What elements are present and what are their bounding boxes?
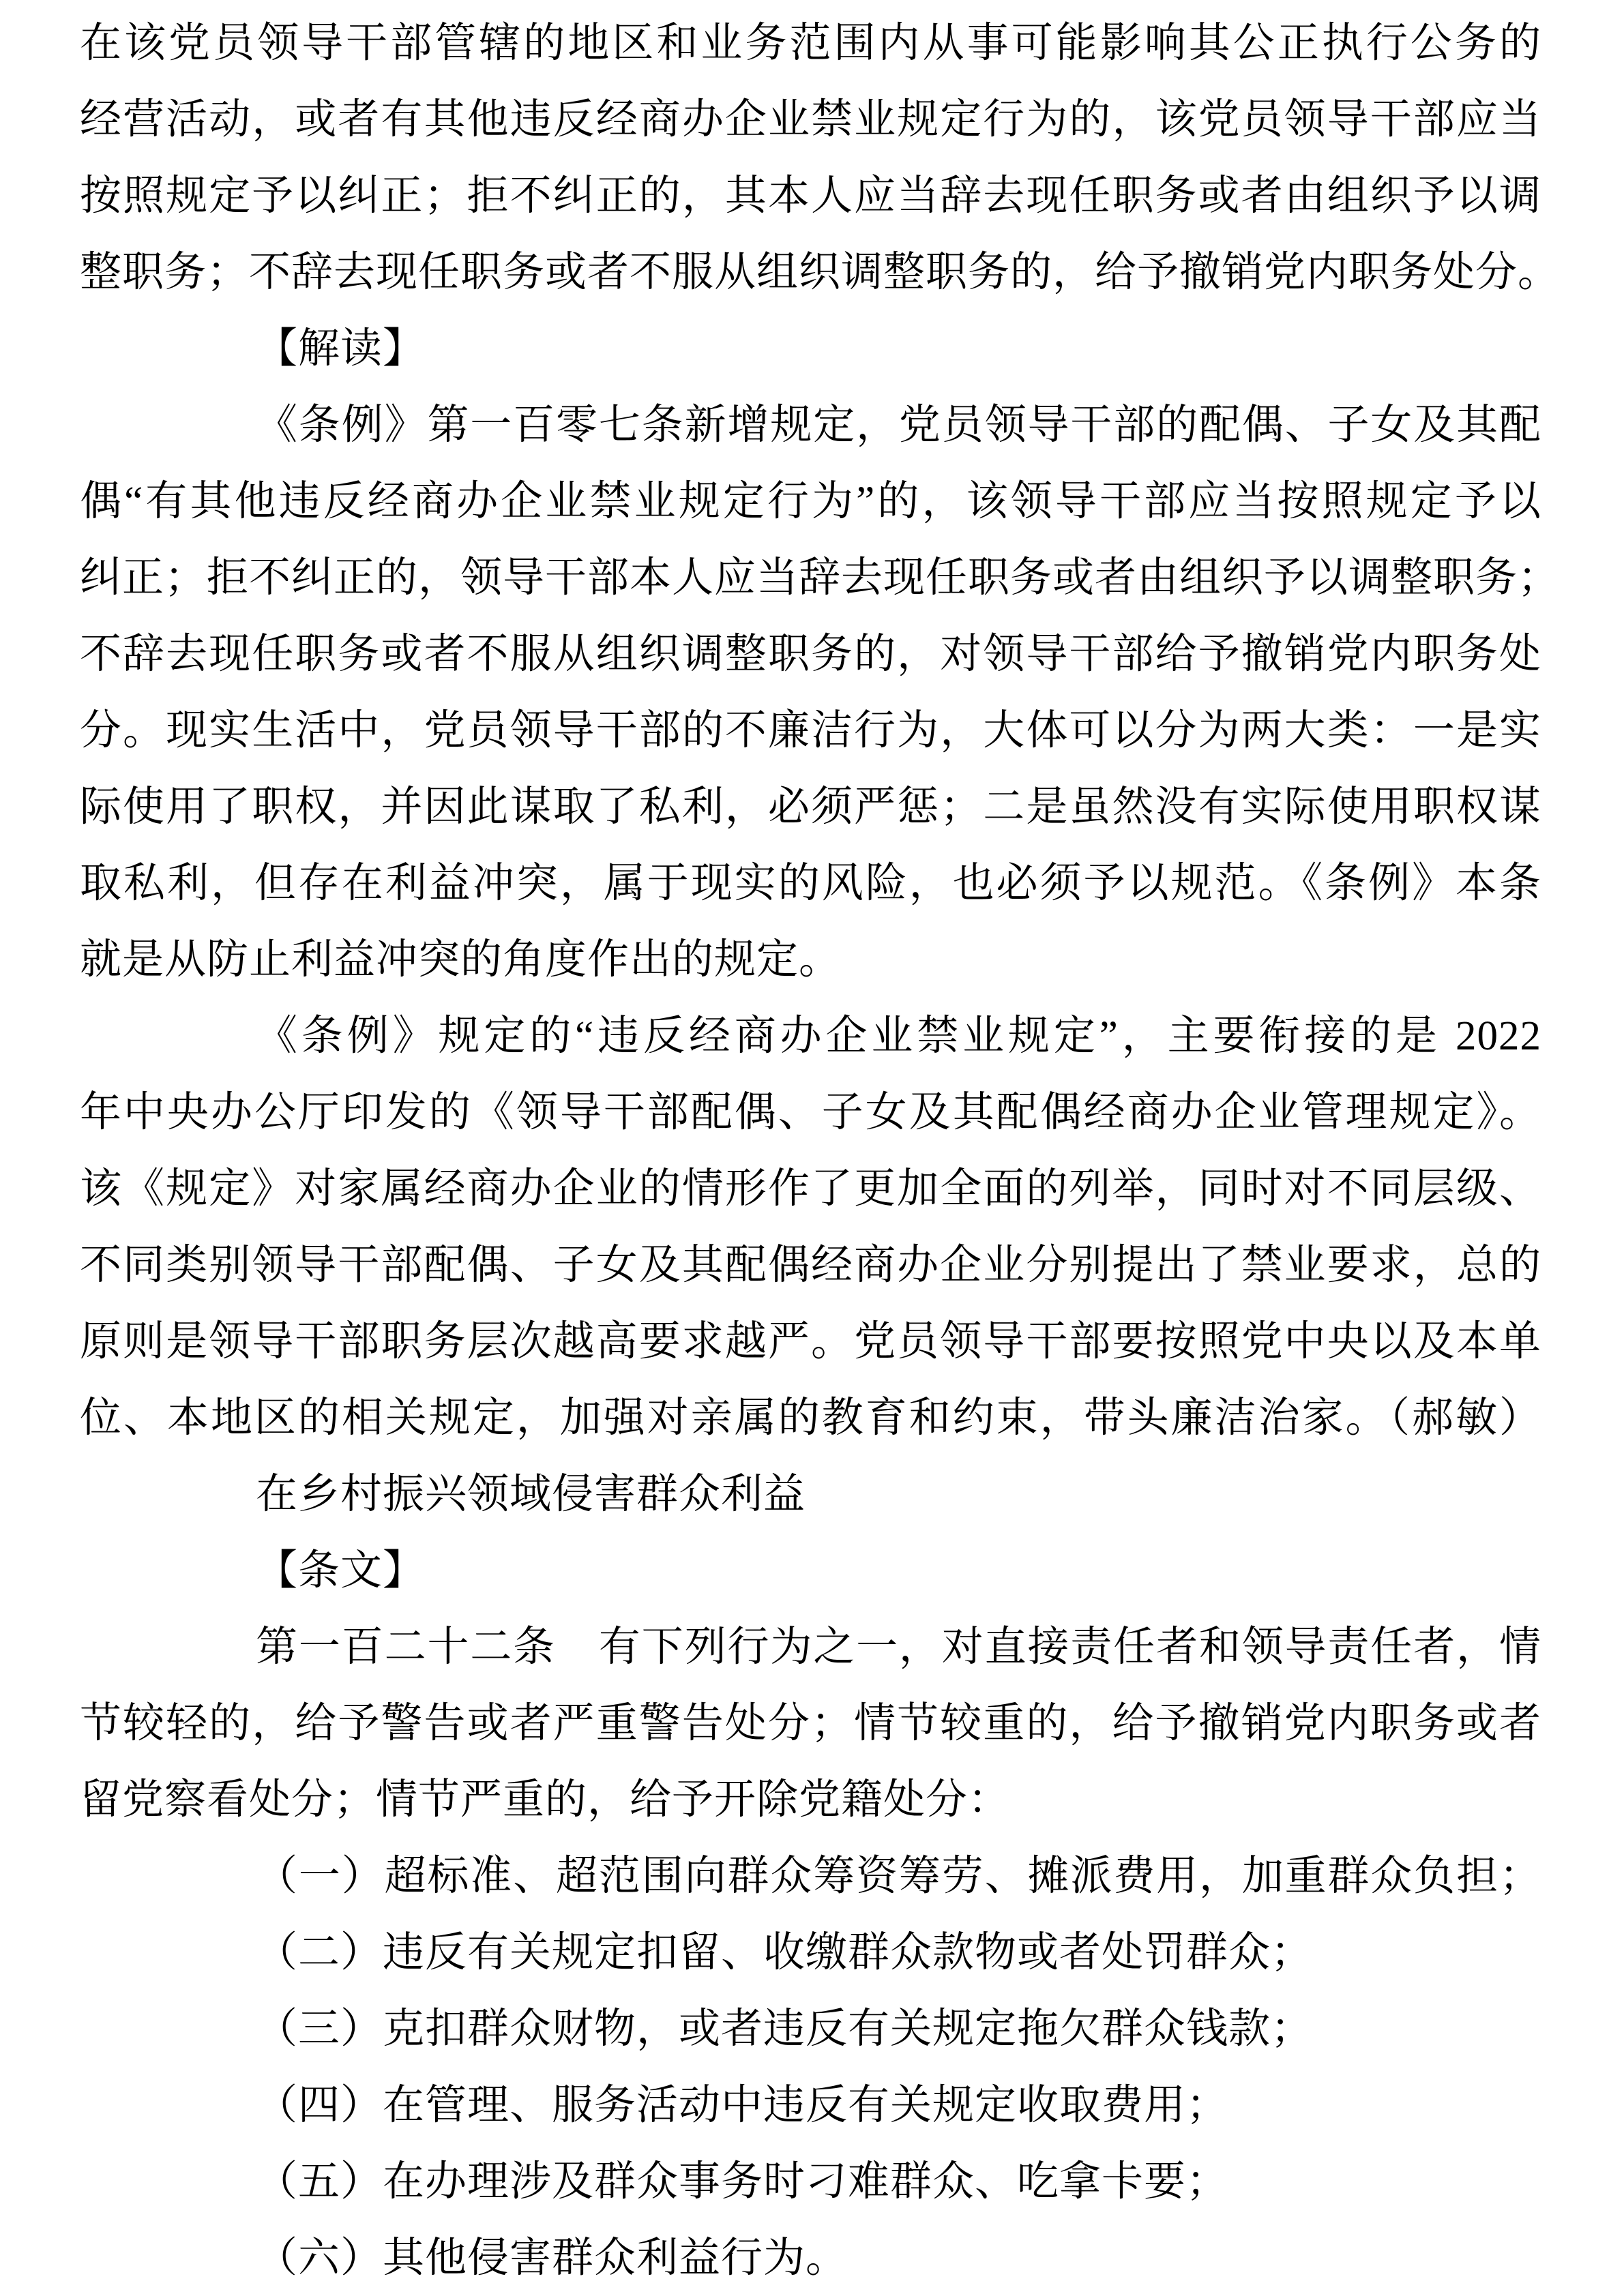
text-line: 节较轻的，给予警告或者严重警告处分；情节较重的，给予撤销党内职务或者 (80, 1686, 1541, 1762)
text-line: 【条文】 (80, 1533, 1541, 1609)
text-line: （五）在办理涉及群众事务时刁难群众、吃拿卡要； (80, 2144, 1541, 2220)
text-line: （三）克扣群众财物，或者违反有关规定拖欠群众钱款； (80, 1991, 1541, 2068)
text-line: （四）在管理、服务活动中违反有关规定收取费用； (80, 2068, 1541, 2144)
text-line: 不辞去现任职务或者不服从组织调整职务的，对领导干部给予撤销党内职务处 (80, 616, 1541, 693)
text-line: 留党察看处分；情节严重的，给予开除党籍处分： (80, 1762, 1541, 1838)
text-line: 在乡村振兴领域侵害群众利益 (80, 1457, 1541, 1533)
text-line: （六）其他侵害群众利益行为。 (80, 2220, 1541, 2296)
text-line: 在该党员领导干部管辖的地区和业务范围内从事可能影响其公正执行公务的 (80, 5, 1541, 82)
text-line: 际使用了职权，并因此谋取了私利，必须严惩；二是虽然没有实际使用职权谋 (80, 769, 1541, 846)
text-line: 《条例》规定的“违反经商办企业禁业规定”，主要衔接的是 2022 (80, 998, 1541, 1075)
text-line: 《条例》第一百零七条新增规定，党员领导干部的配偶、子女及其配 (80, 387, 1541, 464)
text-line: 纠正；拒不纠正的，领导干部本人应当辞去现任职务或者由组织予以调整职务； (80, 540, 1541, 616)
text-line: 偶“有其他违反经商办企业禁业规定行为”的，该领导干部应当按照规定予以 (80, 464, 1541, 540)
text-line: 原则是领导干部职务层次越高要求越严。党员领导干部要按照党中央以及本单 (80, 1304, 1541, 1380)
text-line: 就是从防止利益冲突的角度作出的规定。 (80, 922, 1541, 998)
text-line: （一）超标准、超范围向群众筹资筹劳、摊派费用，加重群众负担； (80, 1838, 1541, 1915)
text-line: 位、本地区的相关规定，加强对亲属的教育和约束，带头廉洁治家。（郝敏） (80, 1380, 1541, 1457)
text-line: 【解读】 (80, 311, 1541, 387)
text-line: 第一百二十二条 有下列行为之一，对直接责任者和领导责任者，情 (80, 1609, 1541, 1686)
text-line: 取私利，但存在利益冲突，属于现实的风险，也必须予以规范。《条例》本条 (80, 846, 1541, 922)
text-line: （二）违反有关规定扣留、收缴群众款物或者处罚群众； (80, 1915, 1541, 1991)
text-line: 按照规定予以纠正；拒不纠正的，其本人应当辞去现任职务或者由组织予以调 (80, 158, 1541, 235)
text-line: 该《规定》对家属经商办企业的情形作了更加全面的列举，同时对不同层级、 (80, 1151, 1541, 1227)
text-line: 分。现实生活中，党员领导干部的不廉洁行为，大体可以分为两大类：一是实 (80, 693, 1541, 769)
text-line: 不同类别领导干部配偶、子女及其配偶经商办企业分别提出了禁业要求，总的 (80, 1227, 1541, 1304)
document-page: 在该党员领导干部管辖的地区和业务范围内从事可能影响其公正执行公务的经营活动，或者… (0, 0, 1624, 2296)
text-line: 年中央办公厅印发的《领导干部配偶、子女及其配偶经商办企业管理规定》。 (80, 1075, 1541, 1151)
text-line: 整职务；不辞去现任职务或者不服从组织调整职务的，给予撤销党内职务处分。 (80, 235, 1541, 311)
text-block: 在该党员领导干部管辖的地区和业务范围内从事可能影响其公正执行公务的经营活动，或者… (80, 5, 1541, 2296)
text-line: 经营活动，或者有其他违反经商办企业禁业规定行为的，该党员领导干部应当 (80, 82, 1541, 158)
